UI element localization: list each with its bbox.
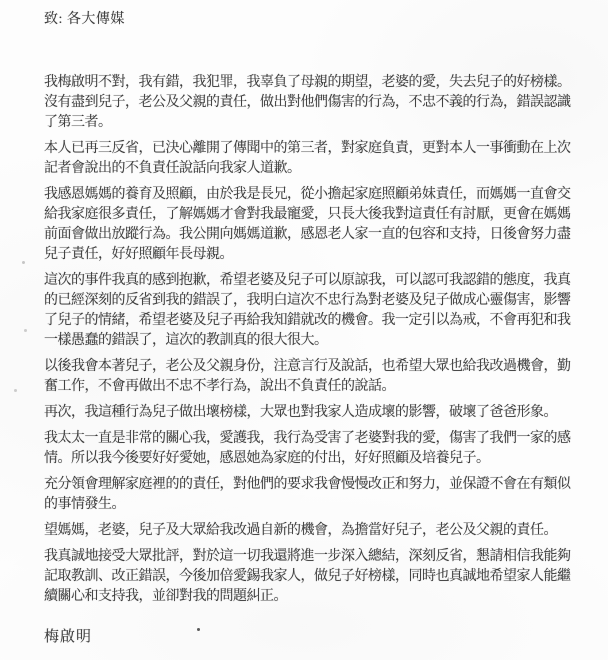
letter-paragraph: 本人已再三反省，已決心離開了傳聞中的第三者，對家庭負責，更對本人一事衝動在上次記… (44, 139, 576, 179)
scan-speck (14, 389, 17, 392)
scanned-letter-page: 致: 各大傳媒 我梅啟明不對，我有錯，我犯罪，我辜負了母親的期望，老婆的愛，失去… (0, 0, 608, 660)
letter-paragraph: 這次的事件我真的感到抱歉，希望老婆及兒子可以原諒我，可以認可我認錯的態度，我真的… (44, 271, 576, 351)
letter-paragraph: 我真誠地接受大眾批評，對於這一切我還將進一步深入總結，深刻反省，懇請相信我能夠記… (44, 547, 576, 607)
letter-paragraph: 望媽媽，老婆，兒子及大眾給我改過自新的機會，為擔當好兒子，老公及父親的責任。 (44, 521, 576, 541)
letter-content: 致: 各大傳媒 我梅啟明不對，我有錯，我犯罪，我辜負了母親的期望，老婆的愛，失去… (44, 10, 576, 647)
letter-paragraph: 我梅啟明不對，我有錯，我犯罪，我辜負了母親的期望，老婆的愛，失去兒子的好榜樣。沒… (44, 73, 576, 133)
scan-speck (22, 261, 25, 264)
letter-paragraph: 我感恩媽媽的養育及照顧，由於我是長兄，從小擔起家庭照顧弟妹責任，而媽媽一直會交給… (44, 185, 576, 265)
letter-paragraph: 我太太一直是非常的關心我，愛護我，我行為受害了老婆對我的愛，傷害了我們一家的感情… (44, 429, 576, 469)
letter-paragraph: 再次，我這種行為兒子做出壞榜樣，大眾也對我家人造成壞的影響，破壞了爸爸形象。 (44, 403, 576, 423)
scan-speck (197, 628, 200, 631)
letter-body: 我梅啟明不對，我有錯，我犯罪，我辜負了母親的期望，老婆的愛，失去兒子的好榜樣。沒… (44, 73, 576, 607)
signature-name: 梅啟明 (44, 627, 576, 647)
letter-paragraph: 充分領會理解家庭裡的的責任，對他們的要求我會慢慢改正和努力，並保證不會在有類似的… (44, 475, 576, 515)
letter-salutation: 致: 各大傳媒 (44, 10, 576, 30)
scan-speck (24, 329, 27, 332)
letter-paragraph: 以後我會本著兒子，老公及父親身份，注意言行及說話，也希望大眾也給我改過機會，勤奮… (44, 357, 576, 397)
